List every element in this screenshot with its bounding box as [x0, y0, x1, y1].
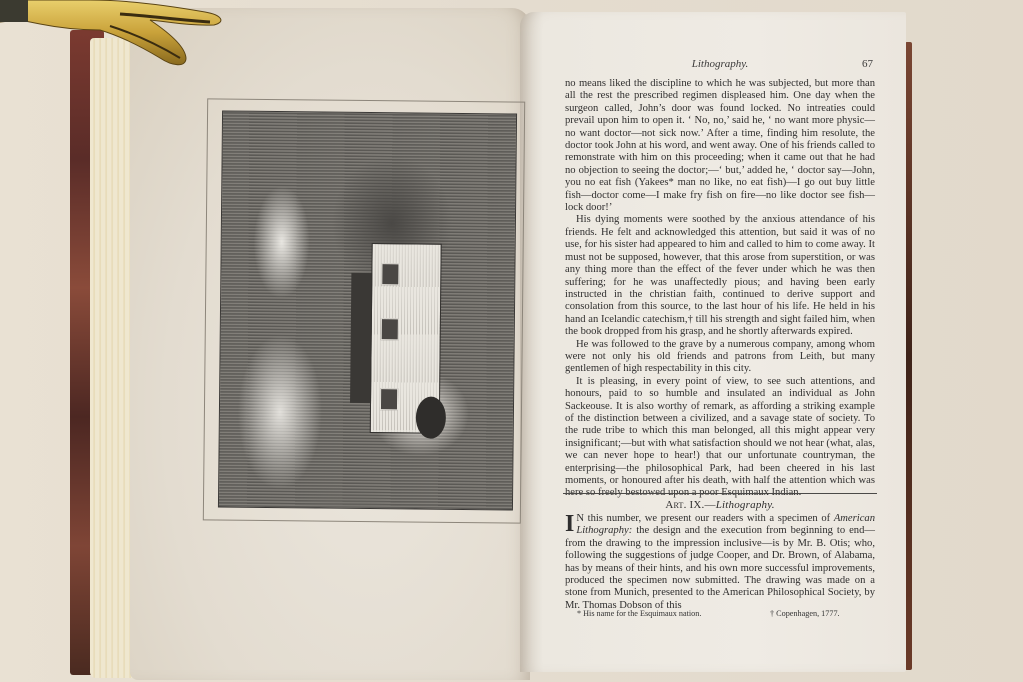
back-cover-edge — [905, 42, 912, 670]
paragraph: His dying moments were soothed by the an… — [565, 214, 875, 338]
page-number: 67 — [862, 58, 873, 70]
lithograph-plate-image — [218, 110, 517, 510]
running-head-title: Lithography. — [565, 58, 875, 70]
footnote-asterisk: * His name for the Esquimaux nation. — [577, 609, 701, 618]
article-dash: — — [705, 499, 716, 511]
drop-cap: I — [565, 514, 574, 534]
body-text: no means liked the discipline to which h… — [565, 78, 875, 500]
footnote-dagger: † Copenhagen, 1777. — [770, 609, 840, 618]
running-head: Lithography. 67 — [565, 58, 875, 74]
gold-hand-prop-icon — [0, 0, 230, 70]
article-heading: Art. IX.—Lithography. — [565, 499, 875, 511]
article-number: Art. IX. — [665, 499, 704, 511]
footnotes: * His name for the Esquimaux nation. † C… — [565, 609, 875, 623]
section-divider — [563, 493, 877, 494]
paragraph: no means liked the discipline to which h… — [565, 78, 875, 214]
book-photo: Lithography. 67 no means liked the disci… — [0, 0, 1023, 682]
article-text-lead: N this number, we present our readers wi… — [576, 513, 833, 524]
house-window — [381, 263, 399, 285]
article-text-rest: the design and the execution from beginn… — [565, 525, 875, 610]
article-body: IN this number, we present our readers w… — [565, 513, 875, 612]
article-title: Lithography. — [716, 499, 775, 511]
paragraph: He was followed to the grave by a numero… — [565, 339, 875, 376]
house-window — [380, 388, 398, 410]
house-window — [381, 318, 399, 340]
house-arched-door — [416, 397, 446, 439]
paragraph: It is pleasing, in every point of view, … — [565, 376, 875, 500]
